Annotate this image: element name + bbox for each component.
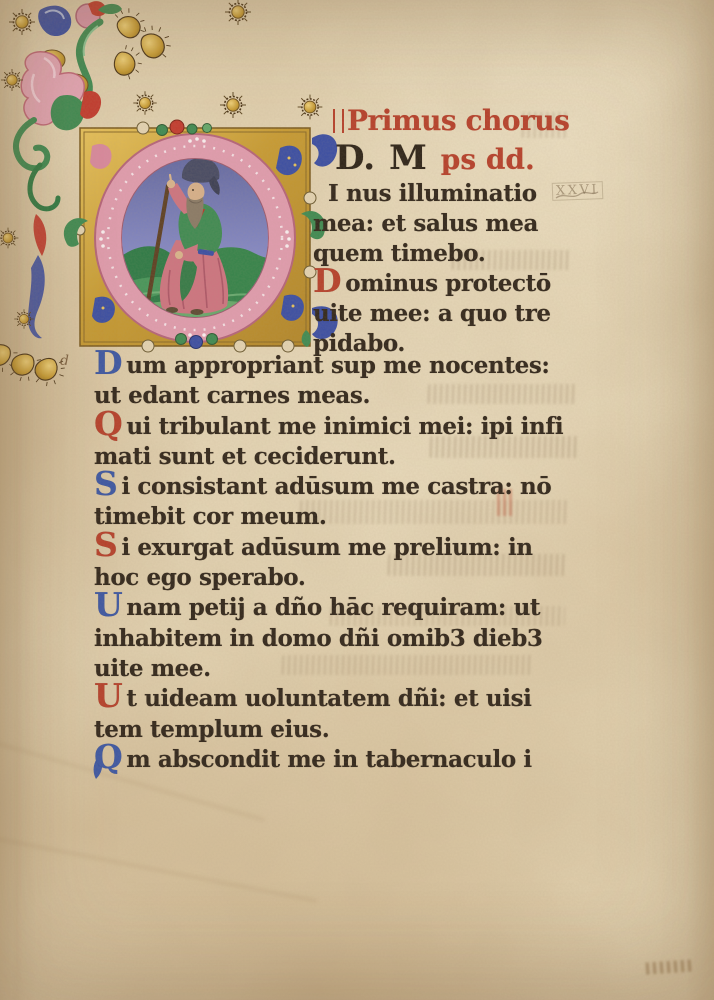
text-line: Si exurgat adūsum me prelium: in — [94, 533, 594, 563]
versal-initial: U — [94, 676, 122, 715]
line-text: hoc ego sperabo. — [94, 564, 305, 591]
text-line: mea: et salus mea — [313, 209, 589, 239]
text-line: Dum appropriant sup me nocentes: — [94, 351, 594, 381]
guide-letter: d — [60, 353, 69, 369]
parchment-crease — [0, 837, 317, 903]
text-line: timebit cor meum. — [94, 502, 594, 532]
line-text: mati sunt et ceciderunt. — [94, 443, 396, 470]
text-line: inhabitem in domo dñi omib3 dieb3 — [94, 624, 594, 654]
text-line: Unam petij a dño hāc requiram: ut — [94, 593, 594, 623]
text-line: uite mee. — [94, 654, 594, 684]
line-text: tem templum eius. — [94, 716, 329, 743]
line-text: i consistant adūsum me castra: nō — [121, 473, 551, 500]
line-text: ui tribulant me inimici mei: ipi infi — [126, 413, 563, 440]
margin-note: XXVI — [552, 182, 604, 199]
text-line: tem templum eius. — [94, 715, 594, 745]
margin-note-numeral: XXVI — [552, 181, 604, 201]
manuscript-page: Primus chorus D.Mps dd. I nus illuminati… — [0, 0, 714, 1000]
psalm-heading: D.Mps dd. — [335, 138, 535, 178]
text-line: Ut uideam uoluntatem dñi: et uisi — [94, 684, 594, 714]
versal-initial: D — [313, 261, 341, 300]
line-text: i exurgat adūsum me prelium: in — [121, 534, 532, 561]
versal-initial: D — [94, 343, 122, 382]
versal-initial: S — [94, 525, 117, 564]
text-line: Dominus protectō — [313, 269, 589, 299]
heading-initial-d: D. — [335, 138, 375, 178]
text-line: Qui tribulant me inimici mei: ipi infi — [94, 412, 594, 442]
line-text: m abscondit me in tabernaculo i — [126, 746, 531, 773]
rubric-line: Primus chorus — [333, 104, 569, 137]
border-foliage — [0, 0, 322, 387]
text-line: Qm abscondit me in tabernaculo i — [94, 745, 594, 775]
text-line: mati sunt et ceciderunt. — [94, 442, 594, 472]
line-text: um appropriant sup me nocentes: — [126, 352, 549, 379]
versal-initial: U — [94, 585, 122, 624]
line-text: uite mee: a quo tre — [313, 300, 551, 327]
line-text: nam petij a dño hāc requiram: ut — [126, 594, 540, 621]
heading-abbreviation: ps dd. — [441, 143, 535, 176]
versal-initial: Q — [94, 737, 122, 776]
paraph-mark — [333, 109, 344, 133]
line-text: mea: et salus mea — [313, 210, 538, 237]
line-text: timebit cor meum. — [94, 503, 327, 530]
line-text: t uideam uoluntatem dñi: et uisi — [126, 685, 531, 712]
psalm-body-text: Dum appropriant sup me nocentes:ut edant… — [94, 351, 594, 775]
text-line: uite mee: a quo tre — [313, 299, 589, 329]
heading-initial-m: M — [389, 138, 427, 178]
historiated-initial — [64, 120, 338, 352]
faint-inscription — [646, 959, 695, 974]
parchment-crease — [16, 0, 18, 1000]
line-text: inhabitem in domo dñi omib3 dieb3 — [94, 625, 542, 652]
rubric-text: Primus chorus — [347, 104, 569, 137]
line-text: ut edant carnes meas. — [94, 382, 370, 409]
text-line: I nus illuminatio — [313, 179, 589, 209]
text-line: ut edant carnes meas. — [94, 381, 594, 411]
psalm-column-text: I nus illuminatiomea: et salus meaquem t… — [313, 179, 589, 359]
line-text: ominus protectō — [345, 270, 551, 297]
line-text: I nus illuminatio — [328, 180, 537, 207]
text-line: hoc ego sperabo. — [94, 563, 594, 593]
text-line: quem timebo. — [313, 239, 589, 269]
text-line: Si consistant adūsum me castra: nō — [94, 472, 594, 502]
versal-initial: Q — [94, 404, 122, 443]
versal-initial: S — [94, 464, 117, 503]
